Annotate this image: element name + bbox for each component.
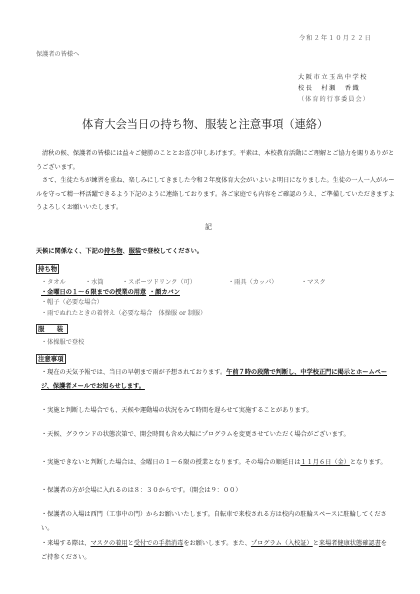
note-program-change: ・天候、グラウンドの状態次第で、開会時間も含め大幅にプログラムを変更させていただ…: [41, 428, 393, 442]
belonging-water-bottle: ・水筒: [85, 279, 104, 287]
instruction-prefix: 天候に関係なく、下記の: [36, 248, 104, 255]
intro-paragraph-2: さて、生徒たちが練習を重ね、楽しみにしてきました令和２年度体育大会がいよいよ明日…: [36, 174, 396, 215]
note-postponed-date: １１月６日（金）: [300, 459, 350, 466]
note-visitor-requirements: ・来場する際は、マスクの着用と受付での手指消毒をお願いします。また、プログラム（…: [41, 537, 393, 564]
belonging-raingear: ・雨具（カッパ）: [228, 279, 277, 287]
page-title: 体育大会当日の持ち物、服装と注意事項（連絡）: [82, 118, 328, 132]
instruction-clothing: 服装: [129, 248, 141, 255]
belonging-class-supplies: ・金曜日の１～６限までの授業の用意: [41, 289, 146, 297]
note-weather-text: ・現在の天気予報では、当日の早朝まで雨が予想されております。: [41, 369, 226, 376]
note7-mask: マスクの着用: [91, 540, 128, 547]
instruction-line: 天候に関係なく、下記の持ち物、服装で登校してください。: [36, 248, 203, 256]
note7-e: をお願いします。また、: [183, 540, 251, 547]
section-heading-belongings: 持ち物: [36, 264, 59, 274]
instruction-suffix: で登校してください。: [141, 248, 203, 255]
clothing-item: ・体操服で登校: [41, 339, 84, 347]
note7-program: プログラム（入校証）: [251, 540, 313, 547]
instruction-belongings: 持ち物: [104, 248, 123, 255]
belonging-sports-drink: ・スポーツドリンク（可）: [122, 279, 196, 287]
belonging-mask: ・マスク: [301, 279, 326, 287]
note-entry-time: ・保護者の方が会場に入れるのは８：３０からです。（開会は９：００）: [41, 484, 393, 498]
note7-sanitize: 受付での手指消毒: [134, 540, 184, 547]
document-date: 令和２年１０月２２日: [299, 35, 372, 43]
intro-paragraph-1: 清秋の候、保護者の皆様には益々ご健勝のこととお喜び申しあげます。平素は、本校教育…: [36, 147, 396, 174]
note-cancellation-text: ・実施できないと判断した場合は、金曜日の１～６限の授業となります。その場合の順延…: [41, 459, 300, 466]
ki-marker: 記: [205, 223, 212, 232]
committee-name: （体育的行事委員会）: [298, 96, 370, 104]
section-heading-clothing: 服 装: [36, 324, 68, 334]
note7-health-form: 来場者健康状態確認書: [319, 540, 381, 547]
note-cancellation-suffix: となります。: [350, 459, 387, 466]
note-weather: ・現在の天気予報では、当日の早朝まで雨が予想されております。午前７時の段階で判断…: [41, 366, 393, 393]
belonging-hat: ・帽子（必要な場合）: [41, 299, 103, 307]
belonging-towel: ・タオル: [41, 279, 66, 287]
note7-a: ・来場する際は、: [41, 540, 91, 547]
school-name: 大阪市立玉出中学校: [298, 74, 368, 82]
section-heading-notes: 注意事項: [36, 354, 66, 364]
recipient: 保護者の皆様へ: [36, 51, 79, 59]
note-entrance: ・保護者の入場は西門（工事中の門）からお願いいたします。自転車で来校される方は校…: [41, 508, 393, 535]
note-delay: ・実施と判断した場合でも、天候や運動場の状況をみて時間を遅らせて実施することがあ…: [41, 404, 393, 418]
principal-name: 校長 村瀬 香織: [298, 85, 360, 93]
belonging-change-clothes: ・雨でぬれたときの着替え（必要な場合 体操服 or 制服）: [41, 310, 206, 318]
note-cancellation: ・実施できないと判断した場合は、金曜日の１～６限の授業となります。その場合の順延…: [41, 456, 393, 470]
belonging-bag: ・顔カバン: [149, 289, 180, 297]
